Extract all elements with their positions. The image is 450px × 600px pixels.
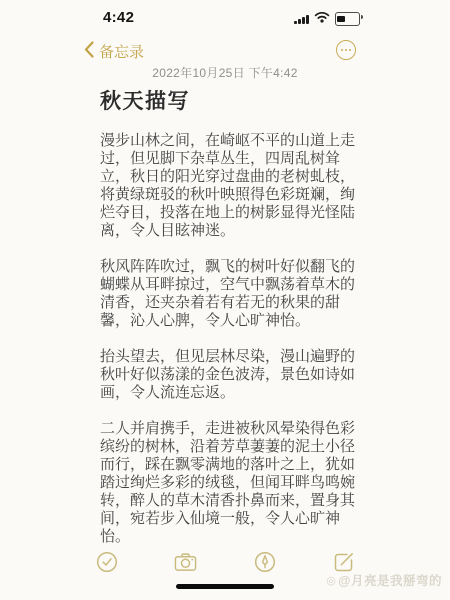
camera-icon[interactable] xyxy=(174,550,197,573)
note-paragraph: 二人并肩携手，走进被秋风晕染得色彩缤纷的树林，沿着芳草萋萋的泥土小径而行，踩在飘… xyxy=(100,420,358,546)
back-button[interactable]: 备忘录 xyxy=(84,41,144,62)
status-bar-icons xyxy=(294,13,360,25)
note-paragraph: 漫步山林之间，在崎岖不平的山道上走过，但见脚下杂草丛生，四周乱树耸立，秋日的阳光… xyxy=(100,132,358,240)
note-timestamp: 2022年10月25日 下午4:42 xyxy=(75,64,375,81)
battery-icon xyxy=(335,12,360,27)
back-button-label: 备忘录 xyxy=(99,41,144,62)
home-indicator[interactable] xyxy=(176,584,274,589)
ellipsis-circle-icon[interactable] xyxy=(336,40,356,60)
note-paragraph: 抬头望去，但见层林尽染，漫山遍野的秋叶好似荡漾的金色波涛，景色如诗如画，令人流连… xyxy=(100,348,358,402)
watermark: ◎ @月亮是我掰弯的 xyxy=(326,571,442,589)
status-bar-time: 4:42 xyxy=(103,9,134,26)
checklist-icon[interactable] xyxy=(95,550,118,573)
cellular-signal-icon xyxy=(294,14,309,24)
note-body[interactable]: 漫步山林之间，在崎岖不平的山道上走过，但见脚下杂草丛生，四周乱树耸立，秋日的阳光… xyxy=(100,132,358,564)
note-paragraph: 秋风阵阵吹过，飘飞的树叶好似翻飞的蝴蝶从耳畔掠过，空气中飘荡着草木的清香，还夹杂… xyxy=(100,258,358,330)
note-title: 秋天描写 xyxy=(100,85,190,115)
watermark-logo-icon: ◎ xyxy=(326,574,336,587)
chevron-left-icon xyxy=(84,41,94,62)
markup-icon[interactable] xyxy=(253,550,276,573)
note-toolbar xyxy=(95,550,355,573)
wifi-icon xyxy=(314,10,330,28)
compose-icon[interactable] xyxy=(332,550,355,573)
notes-app-screen: 4:42 备忘录 2022年10月25日 下午4:42 秋天描写 漫步山林之间，… xyxy=(0,0,450,600)
watermark-text: @月亮是我掰弯的 xyxy=(338,571,442,589)
